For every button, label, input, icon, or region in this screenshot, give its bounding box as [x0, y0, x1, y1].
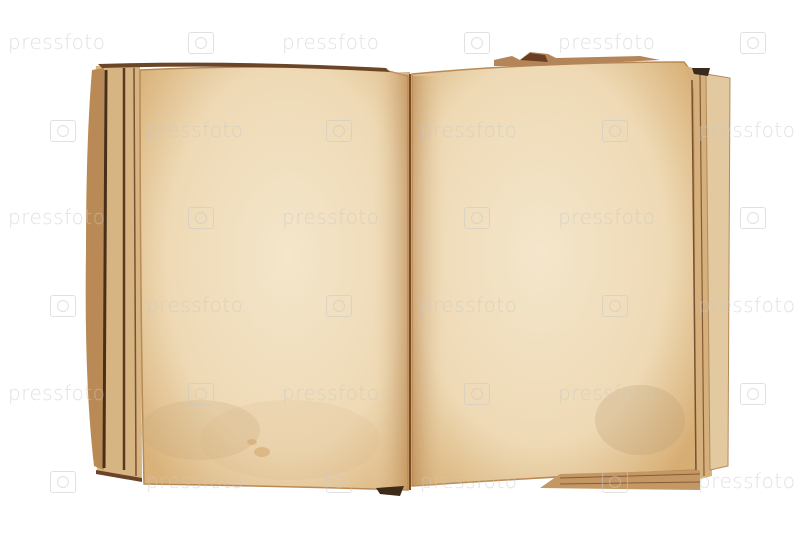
open-book-photo: [0, 0, 799, 535]
left-page-stack: [86, 64, 142, 482]
